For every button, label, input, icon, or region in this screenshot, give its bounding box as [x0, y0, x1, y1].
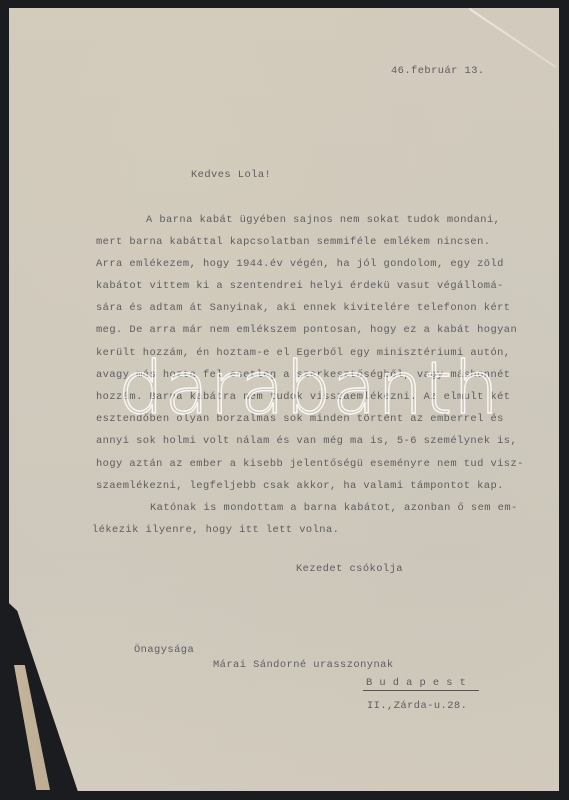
- body-line: Arra emlékezem, hogy 1944.év végén, ha j…: [96, 259, 504, 269]
- city-underline: [363, 690, 479, 691]
- watermark-text: darabanth: [118, 352, 500, 424]
- body-line: hogy aztán az ember a kisebb jelentőségü…: [96, 459, 524, 469]
- letter-salutation: Kedves Lola!: [191, 170, 271, 180]
- address-recipient: Márai Sándorné urasszonynak: [213, 660, 394, 670]
- body-line: sára és adtam át Sanyinak, aki ennek kiv…: [96, 303, 511, 313]
- body-line: szaemlékezni, legfeljebb csak akkor, ha …: [96, 481, 504, 491]
- address-street: II.,Zárda-u.28.: [367, 701, 467, 711]
- letter-closing: Kezedet csókolja: [296, 564, 403, 574]
- body-line: lékezik ilyenre, hogy itt lett volna.: [92, 525, 339, 535]
- letter-date: 46.február 13.: [391, 66, 485, 76]
- body-line: Katónak is mondottam a barna kabátot, az…: [150, 503, 518, 513]
- body-line: meg. De arra már nem emlékszem pontosan,…: [96, 325, 517, 335]
- body-line: annyi sok holmi volt nálam és van még ma…: [96, 436, 517, 446]
- address-honorific: Önagysága: [134, 645, 194, 655]
- body-line: mert barna kabáttal kapcsolatban semmifé…: [96, 237, 490, 247]
- body-line: kabátot vittem ki a szentendrei helyi ér…: [96, 281, 504, 291]
- address-city: B u d a p e s t: [366, 678, 466, 688]
- body-line: A barna kabát ügyében sajnos nem sokat t…: [146, 215, 500, 225]
